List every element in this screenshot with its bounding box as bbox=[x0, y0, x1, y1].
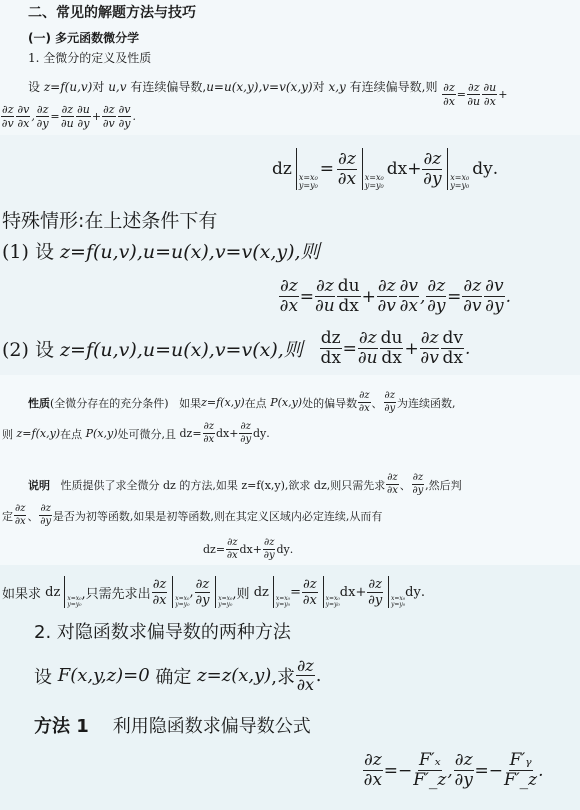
intro-uv: u,v bbox=[108, 80, 126, 94]
chain-rule-x-formula: ∂z∂x = ∂z∂u ∂u∂x + bbox=[441, 82, 507, 107]
implicit-intro: 设 F(x,y,z)=0 确定 z=z(x,y) ,求 ∂z∂x. bbox=[34, 658, 321, 693]
point-eval-line: 如果求 dz x=x₀y=y₀ ,只需先求出 ∂z∂x x=x₀y=y₀ , ∂… bbox=[2, 576, 425, 609]
item2-title: 2. 对隐函数求偏导数的两种方法 bbox=[34, 618, 291, 644]
property-line1: 性质 (全微分存在的充分条件) 如果 z=f(x,y) 在点 P(x,y) 处的… bbox=[28, 391, 456, 414]
chain-rule-continuation: ∂z∂v ∂v∂x , ∂z∂y = ∂z∂u ∂u∂y + ∂z∂v ∂v∂y… bbox=[0, 104, 136, 129]
case1-formula: ∂z∂x = ∂z∂u dudx + ∂z∂v ∂v∂x , ∂z∂y = ∂z… bbox=[278, 278, 511, 315]
intro-cont2: 有连续偏导数,则 bbox=[350, 80, 438, 94]
method1-heading: 方法 1 利用隐函数求偏导数公式 bbox=[34, 712, 311, 738]
item1-title: 1. 全微分的定义及性质 bbox=[28, 49, 151, 66]
intro-on: 对 bbox=[92, 80, 104, 94]
special-cases-title: 特殊情形:在上述条件下有 bbox=[2, 206, 217, 233]
intro-line: 设 z=f(u,v)对 u,v 有连续偏导数,u=u(x,y),v=v(x,y)… bbox=[28, 78, 507, 107]
case2-formula: dzdx = ∂z∂u dudx + ∂z∂v dvdx . bbox=[319, 330, 471, 367]
intro-on2: 对 bbox=[313, 80, 325, 94]
subsection-title: (一) 多元函数微分学 bbox=[28, 29, 139, 46]
intro-v-eq: ,v=v(x,y) bbox=[258, 80, 312, 94]
intro-xy: x,y bbox=[328, 80, 345, 94]
intro-cont1: 有连续偏导数, bbox=[130, 80, 206, 94]
note-formula: dz= ∂z∂xdx+ ∂z∂ydy. bbox=[203, 538, 293, 561]
intro-z-eq: z=f(u,v) bbox=[44, 80, 93, 94]
property-line2: 则 z=f(x,y) 在点 P(x,y) 处可微分,且 dz= ∂z∂xdx+ … bbox=[2, 422, 270, 445]
note-line1: 说明 性质提供了求全微分 dz 的方法,如果 z=f(x,y),欲求 dz,则只… bbox=[28, 473, 462, 496]
intro-prefix: 设 bbox=[28, 80, 40, 94]
method1-formula: ∂z∂x =− F′ₓF′_z , ∂z∂y =− F′ᵧF′_z . bbox=[362, 752, 544, 789]
note-line2: 定 ∂z∂x、∂z∂y 是否为初等函数,如果是初等函数,则在其定义区域内必定连续… bbox=[2, 504, 382, 527]
document-page: 二、常见的解题方法与技巧 (一) 多元函数微分学 1. 全微分的定义及性质 设 … bbox=[0, 0, 580, 810]
intro-u-eq: u=u(x,y) bbox=[206, 80, 258, 94]
section-title: 二、常见的解题方法与技巧 bbox=[28, 2, 196, 22]
case2-line: (2) 设 z=f(u,v),u=u(x),v=v(x),则 dzdx = ∂z… bbox=[2, 330, 470, 367]
case1-condition: (1) 设 z=f(u,v),u=u(x),v=v(x,y),则 bbox=[2, 237, 320, 264]
total-differential-formula: dz x=x₀y=y₀ = ∂z∂x x=x₀y=y₀ dx + ∂z∂y x=… bbox=[272, 148, 498, 191]
